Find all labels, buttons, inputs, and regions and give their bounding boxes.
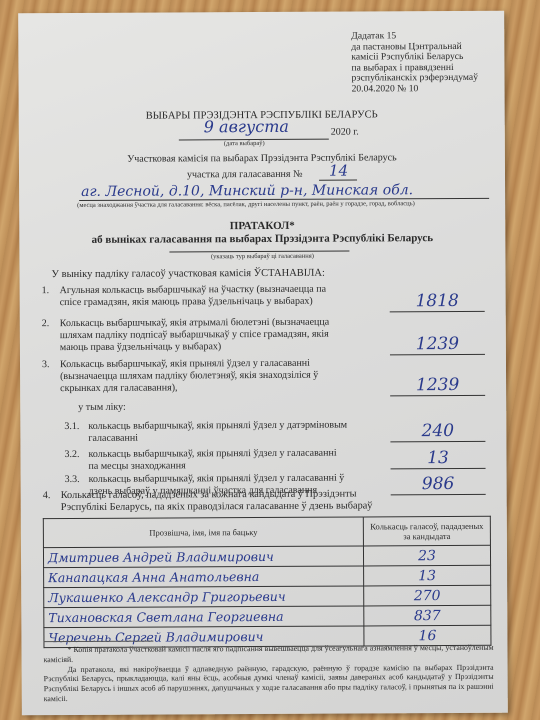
item-3-2-underline	[391, 468, 486, 469]
appendix-line: 20.04.2020 № 10	[352, 84, 479, 95]
column-header-name: Прозвішча, імя, імя па бацьку	[43, 517, 363, 548]
table-row: Тихановская Светлана Георгиевна 837	[44, 605, 491, 627]
table-row: Дмитриев Андрей Владимирович 23	[43, 545, 490, 567]
tour-caption: (указаць тур выбараў ці галасавання)	[19, 252, 505, 262]
footnote: * Копія пратакола ўчастковай камісіі пас…	[43, 643, 493, 704]
including-label: у тым ліку:	[78, 402, 126, 414]
candidate-votes: 837	[364, 605, 491, 626]
protocol-subtitle: аб выніках галасавання па выбарах Прэзід…	[19, 232, 505, 247]
candidate-name: Лукашенко Александр Григорьевич	[44, 586, 364, 608]
item-3-2: 3.2. колькасць выбаршчыкаў, якія прынялі…	[88, 448, 348, 473]
item-3-2-value: 13	[390, 448, 485, 468]
item-text: Колькасць выбаршчыкаў, якія атрымалі бюл…	[60, 317, 329, 353]
footnote-paragraph: Да пратакола, які накіроўваецца ў адпаве…	[44, 662, 494, 704]
item-number: 3.2.	[64, 449, 79, 461]
precinct-location: аг. Лесной, д.10, Минский р-н, Минская о…	[81, 182, 413, 200]
item-2: 2. Колькасць выбаршчыкаў, якія атрымалі …	[60, 317, 340, 354]
item-3-3-underline	[391, 494, 486, 495]
footnote-paragraph: * Копія пратакола ўчастковай камісіі пас…	[43, 643, 493, 665]
item-3-3-value: 986	[391, 474, 486, 494]
candidate-votes: 23	[363, 545, 490, 566]
item-3-1-value: 240	[390, 421, 485, 441]
location-caption: (месца знаходжання ўчастка для галасаван…	[77, 200, 415, 209]
column-header-votes: Колькасць галасоў, пададзеных за кандыда…	[363, 516, 490, 546]
protocol-title: ПРАТАКОЛ*	[19, 219, 505, 234]
item-4: 4. Колькасць галасоў, пададзеных за кожн…	[61, 488, 391, 514]
item-3-underline	[390, 395, 485, 396]
election-date: 9 августа	[204, 117, 289, 136]
item-3: 3. Колькасць выбаршчыкаў, якія прынялі ў…	[60, 358, 340, 395]
table-row: Канапацкая Анна Анатольевна 13	[44, 565, 491, 587]
item-number: 3.3.	[65, 474, 80, 486]
commission-name: Участковая камісія па выбарах Прэзідэнта…	[19, 152, 505, 166]
item-text: Колькасць выбаршчыкаў, якія прынялі ўдзе…	[60, 358, 318, 394]
date-caption: (дата выбараў)	[224, 140, 265, 147]
precinct-number: 14	[329, 162, 348, 180]
item-1-underline	[390, 311, 485, 312]
item-number: 1.	[42, 285, 50, 297]
candidate-name: Канапацкая Анна Анатольевна	[44, 566, 364, 588]
table-row: Лукашенко Александр Григорьевич 270	[44, 585, 491, 607]
item-text: колькасць выбаршчыкаў, якія прынялі ўдзе…	[88, 448, 336, 472]
candidate-votes: 270	[364, 585, 491, 606]
item-1-value: 1818	[390, 291, 485, 311]
item-number: 3.	[42, 359, 50, 371]
item-3-1: 3.1. колькасць выбаршчыкаў, якія прынялі…	[88, 420, 348, 445]
candidate-votes: 13	[364, 565, 491, 586]
item-3-value: 1239	[390, 375, 485, 395]
item-text: Агульная колькасць выбаршчыкаў на ўчастк…	[60, 284, 326, 308]
item-number: 3.1.	[64, 421, 79, 433]
item-3-1-underline	[390, 441, 485, 442]
precinct-label: участка для галасавання №	[187, 169, 303, 181]
precinct-underline	[319, 180, 357, 181]
table-header-row: Прозвішча, імя, імя па бацьку Колькасць …	[43, 516, 490, 547]
protocol-intro: У выніку падліку галасоў участковая камі…	[52, 268, 325, 280]
item-number: 2.	[42, 318, 50, 330]
candidate-name: Тихановская Светлана Георгиевна	[44, 606, 364, 628]
item-2-underline	[390, 354, 485, 355]
item-text: колькасць выбаршчыкаў, якія прынялі ўдзе…	[88, 420, 347, 444]
item-number: 4.	[43, 490, 51, 502]
item-text: Колькасць галасоў, пададзеных за кожнага…	[61, 489, 373, 514]
item-1: 1. Агульная колькасць выбаршчыкаў на ўча…	[60, 284, 330, 309]
item-2-value: 1239	[390, 334, 485, 354]
candidates-table: Прозвішча, імя, імя па бацьку Колькасць …	[43, 516, 492, 648]
candidate-name: Дмитриев Андрей Владимирович	[43, 546, 363, 568]
protocol-document: Дадатак 15 да пастановы Цэнтральнай камі…	[18, 11, 508, 716]
year-suffix: 2020 г.	[331, 126, 359, 137]
appendix-note: Дадатак 15 да пастановы Цэнтральнай камі…	[351, 31, 478, 95]
